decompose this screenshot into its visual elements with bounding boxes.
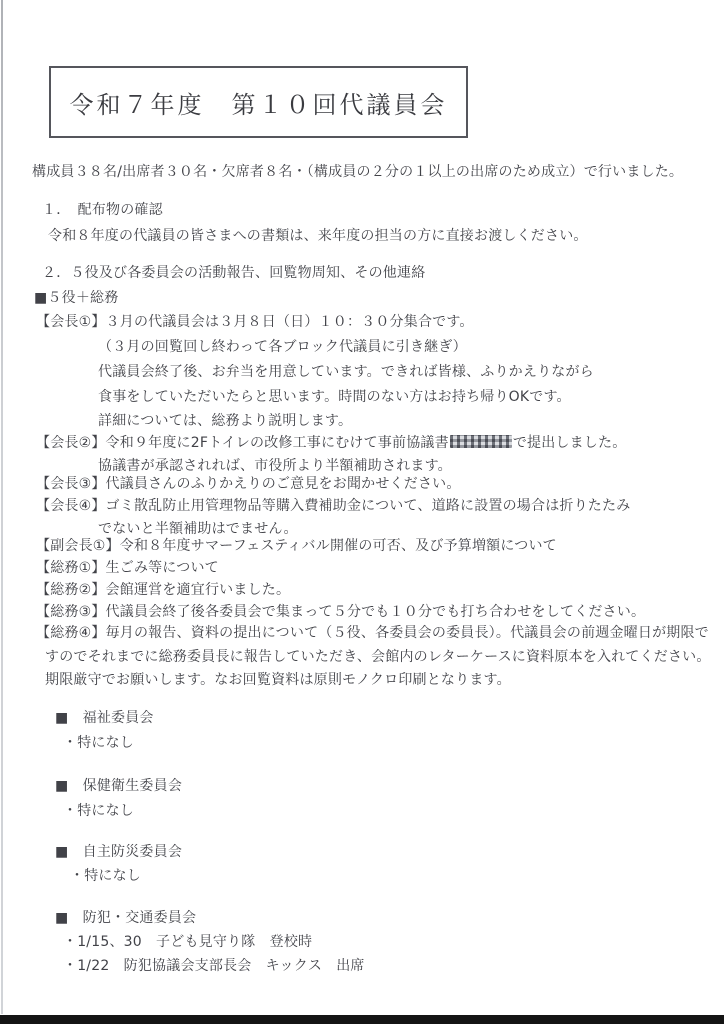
somu-item-4-line-1: 【総務④】毎月の報告、資料の提出について（５役、各委員会の委員長）。代議員会の前… <box>36 623 709 643</box>
agenda-1-heading: １． 配布物の確認 <box>42 200 163 220</box>
crime-traffic-committee-item-1: ・1/15、30 子ども見守り隊 登校時 <box>63 932 312 952</box>
chairman-item-2-pre: 【会長②】令和９年度に2Fトイレの改修工事にむけて事前協議書 <box>36 435 449 451</box>
crime-traffic-committee-item-2: ・1/22 防犯協議会支部長会 キックス 出席 <box>63 956 365 976</box>
chairman-item-1-note-4: 詳細については、総務より説明します。 <box>98 411 352 431</box>
chairman-item-2-post: で提出しました。 <box>513 435 627 451</box>
somu-item-4-line-2: すのでそれまでに総務委員長に報告していただき、会館内のレターケースに資料原本を入… <box>45 647 711 667</box>
welfare-committee-item: ・特になし <box>63 733 134 753</box>
scan-bottom-edge-bar <box>0 1015 724 1024</box>
disaster-committee-item: ・特になし <box>70 866 141 886</box>
chairman-item-1-note-1: （３月の回覧回し終わって各ブロック代議員に引き継ぎ） <box>98 337 467 357</box>
chairman-item-2: 【会長②】令和９年度に2Fトイレの改修工事にむけて事前協議書で提出しました。 <box>36 433 626 453</box>
crime-traffic-committee-heading: ■ 防犯・交通委員会 <box>55 908 196 928</box>
meeting-title: 令和７年度 第１０回代議員会 <box>70 85 448 120</box>
disaster-committee-heading: ■ 自主防災委員会 <box>55 842 182 862</box>
chairman-item-1: 【会長①】３月の代議員会は３月８日（日）１０：３０分集合です。 <box>36 312 474 332</box>
scanned-meeting-minutes-page: 令和７年度 第１０回代議員会 構成員３８名/出席者３０名・欠席者８名・（構成員の… <box>0 0 724 1024</box>
welfare-committee-heading: ■ 福祉委員会 <box>55 708 154 728</box>
pixelated-smudge-artifact <box>450 435 512 448</box>
somu-item-4-line-3: 期限厳守でお願いします。なお回覧資料は原則モノクロ印刷となります。 <box>45 670 511 690</box>
section-officers-somu-heading: ■５役＋総務 <box>34 288 118 308</box>
scan-left-edge-line <box>1 0 3 1014</box>
somu-item-1: 【総務①】生ごみ等について <box>36 558 219 578</box>
chairman-item-3: 【会長③】代議員さんのふりかえりのご意見をお聞かせください。 <box>36 474 461 494</box>
chairman-item-1-note-3: 食事をしていただいたらと思います。時間のない方はお持ち帰りOKです。 <box>98 387 571 407</box>
health-committee-heading: ■ 保健衛生委員会 <box>55 776 182 796</box>
chairman-item-2-note: 協議書が承認されれば、市役所より半額補助されます。 <box>98 456 452 476</box>
agenda-1-body: 令和８年度の代議員の皆さまへの書類は、来年度の担当の方に直接お渡しください。 <box>48 226 588 246</box>
title-box: 令和７年度 第１０回代議員会 <box>49 66 468 138</box>
chairman-item-1-note-2: 代議員会終了後、お弁当を用意しています。できれば皆様、ふりかえりながら <box>98 362 594 382</box>
somu-item-3: 【総務③】代議員会終了後各委員会で集まって５分でも１０分でも打ち合わせをしてくだ… <box>36 602 645 622</box>
attendance-summary: 構成員３８名/出席者３０名・欠席者８名・（構成員の２分の１以上の出席のため成立）… <box>32 162 683 182</box>
agenda-2-heading: ２．５役及び各委員会の活動報告、回覧物周知、その他連絡 <box>42 263 425 283</box>
health-committee-item: ・特になし <box>63 801 134 821</box>
somu-item-2: 【総務②】会館運営を適宜行いました。 <box>36 580 290 600</box>
chairman-item-4: 【会長④】ゴミ散乱防止用管理物品等購入費補助金について、道路に設置の場合は折りた… <box>36 496 630 516</box>
vice-chairman-item-1: 【副会長①】令和８年度サマーフェスティバル開催の可否、及び予算増額について <box>36 536 557 556</box>
